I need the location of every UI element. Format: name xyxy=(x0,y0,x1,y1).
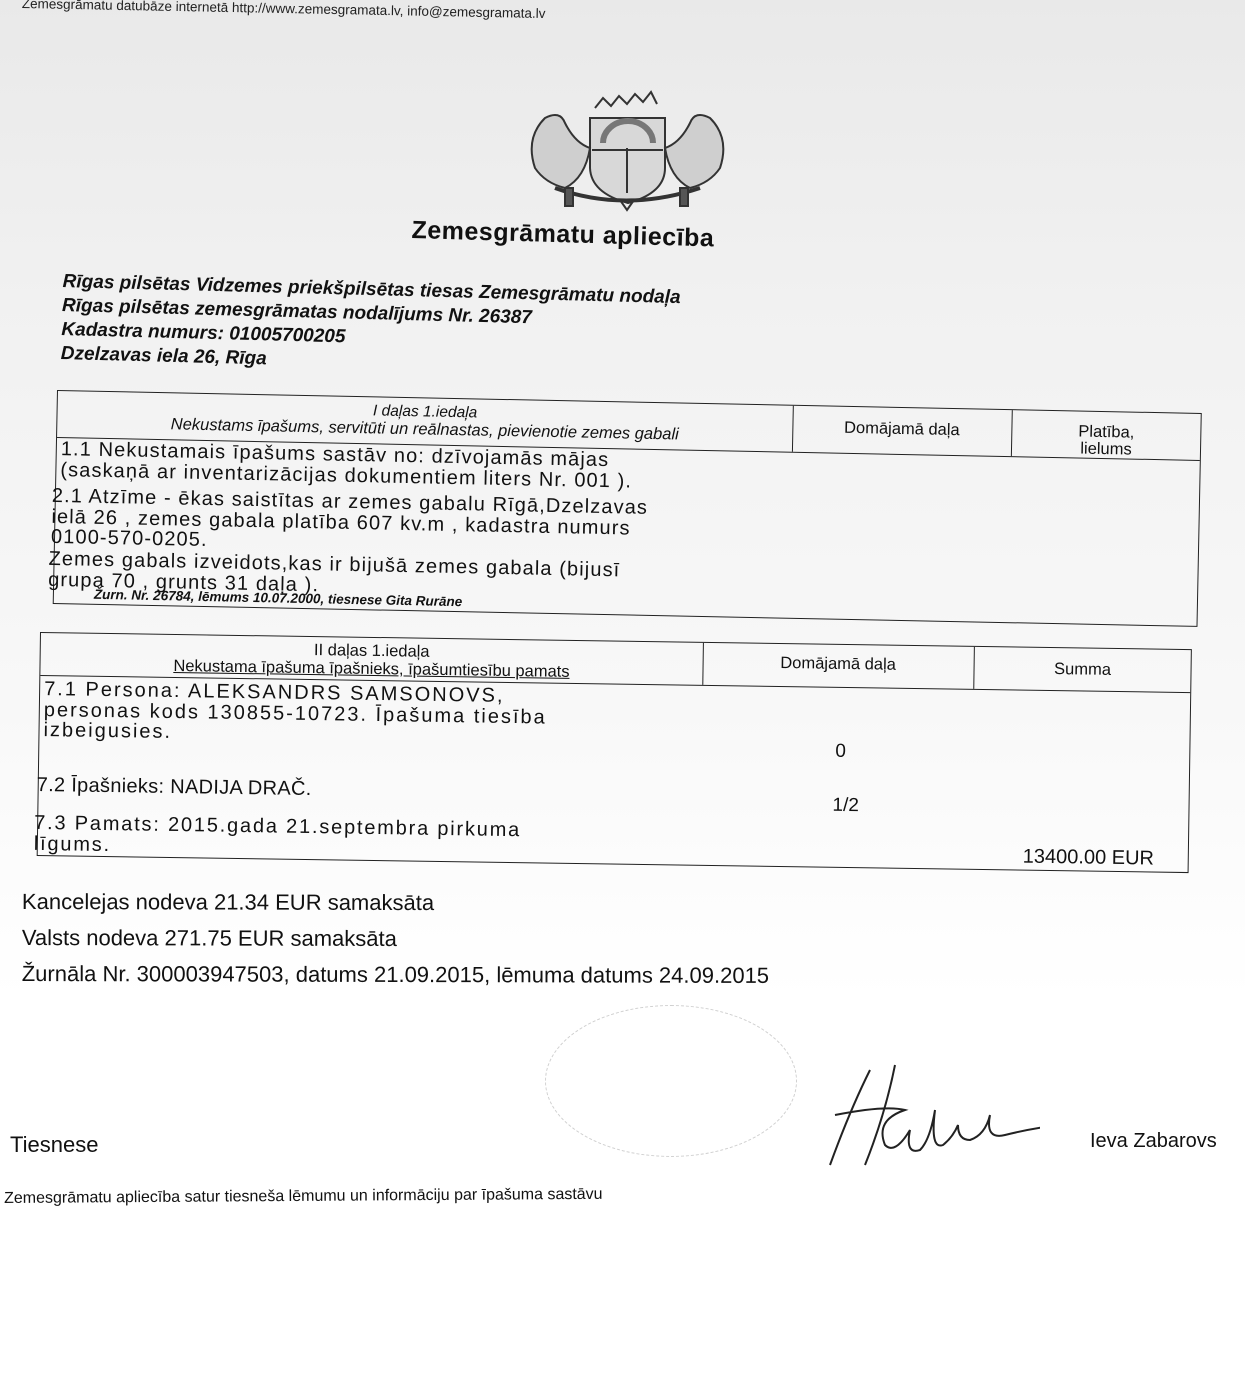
part1-area-header: Platība, lielums xyxy=(1012,410,1201,460)
property-header: Rīgas pilsētas Vidzemes priekšpilsētas t… xyxy=(60,270,680,382)
part2-entry-2-share: 1/2 xyxy=(832,795,859,817)
court-seal-stamp-icon xyxy=(545,1005,797,1157)
certificate-page: Zemesgrāmatu datubāze internetā http://w… xyxy=(0,0,1245,1378)
part1-share-header: Domājamā daļa xyxy=(792,406,1013,456)
part2-entry-2: 7.2 Īpašnieks: NADIJA DRAČ. xyxy=(37,775,312,800)
office-fee: Kancelejas nodeva 21.34 EUR samaksāta xyxy=(22,884,769,922)
part2-entry-3-sum: 13400.00 EUR xyxy=(1023,846,1155,871)
document-title: Zemesgrāmatu apliecība xyxy=(411,216,714,253)
part2-description-header: II daļas 1.iedaļa Nekustama īpašuma īpaš… xyxy=(40,633,704,685)
part2-table: II daļas 1.iedaļa Nekustama īpašuma īpaš… xyxy=(37,632,1192,873)
part2-entry-3: 7.3 Pamats: 2015.gada 21.septembra pirku… xyxy=(34,813,522,861)
journal-record: Žurnāla Nr. 300003947503, datums 21.09.2… xyxy=(22,956,769,994)
part1-entry-2: 2.1 Atzīme - ēkas saistītas ar zemes gab… xyxy=(51,486,648,559)
part2-entry-1-share: 0 xyxy=(835,741,846,763)
part2-share-header: Domājamā daļa xyxy=(702,643,975,689)
area-header-line2: lielums xyxy=(1012,439,1200,460)
database-header-line: Zemesgrāmatu datubāze internetā http://w… xyxy=(22,0,546,21)
footer-note: Zemesgrāmatu apliecība satur tiesneša lē… xyxy=(4,1186,603,1208)
state-fee: Valsts nodeva 271.75 EUR samaksāta xyxy=(22,920,769,958)
part2-sum-header: Summa xyxy=(974,647,1191,692)
part1-entry-1: 1.1 Nekustamais īpašums sastāv no: dzīvo… xyxy=(60,439,633,491)
judge-name: Ieva Zabarovs xyxy=(1090,1130,1217,1153)
entry-line: 7.2 Īpašnieks: NADIJA DRAČ. xyxy=(37,775,312,800)
latvia-coat-of-arms-icon xyxy=(515,88,740,213)
handwritten-signature-icon xyxy=(800,1060,1040,1170)
part2-entry-1: 7.1 Persona: ALEKSANDRS SAMSONOVS, perso… xyxy=(43,679,547,748)
part1-table: I daļas 1.iedaļa Nekustams īpašums, serv… xyxy=(53,390,1202,627)
judge-label: Tiesnese xyxy=(10,1132,98,1158)
fees-block: Kancelejas nodeva 21.34 EUR samaksāta Va… xyxy=(22,884,770,994)
